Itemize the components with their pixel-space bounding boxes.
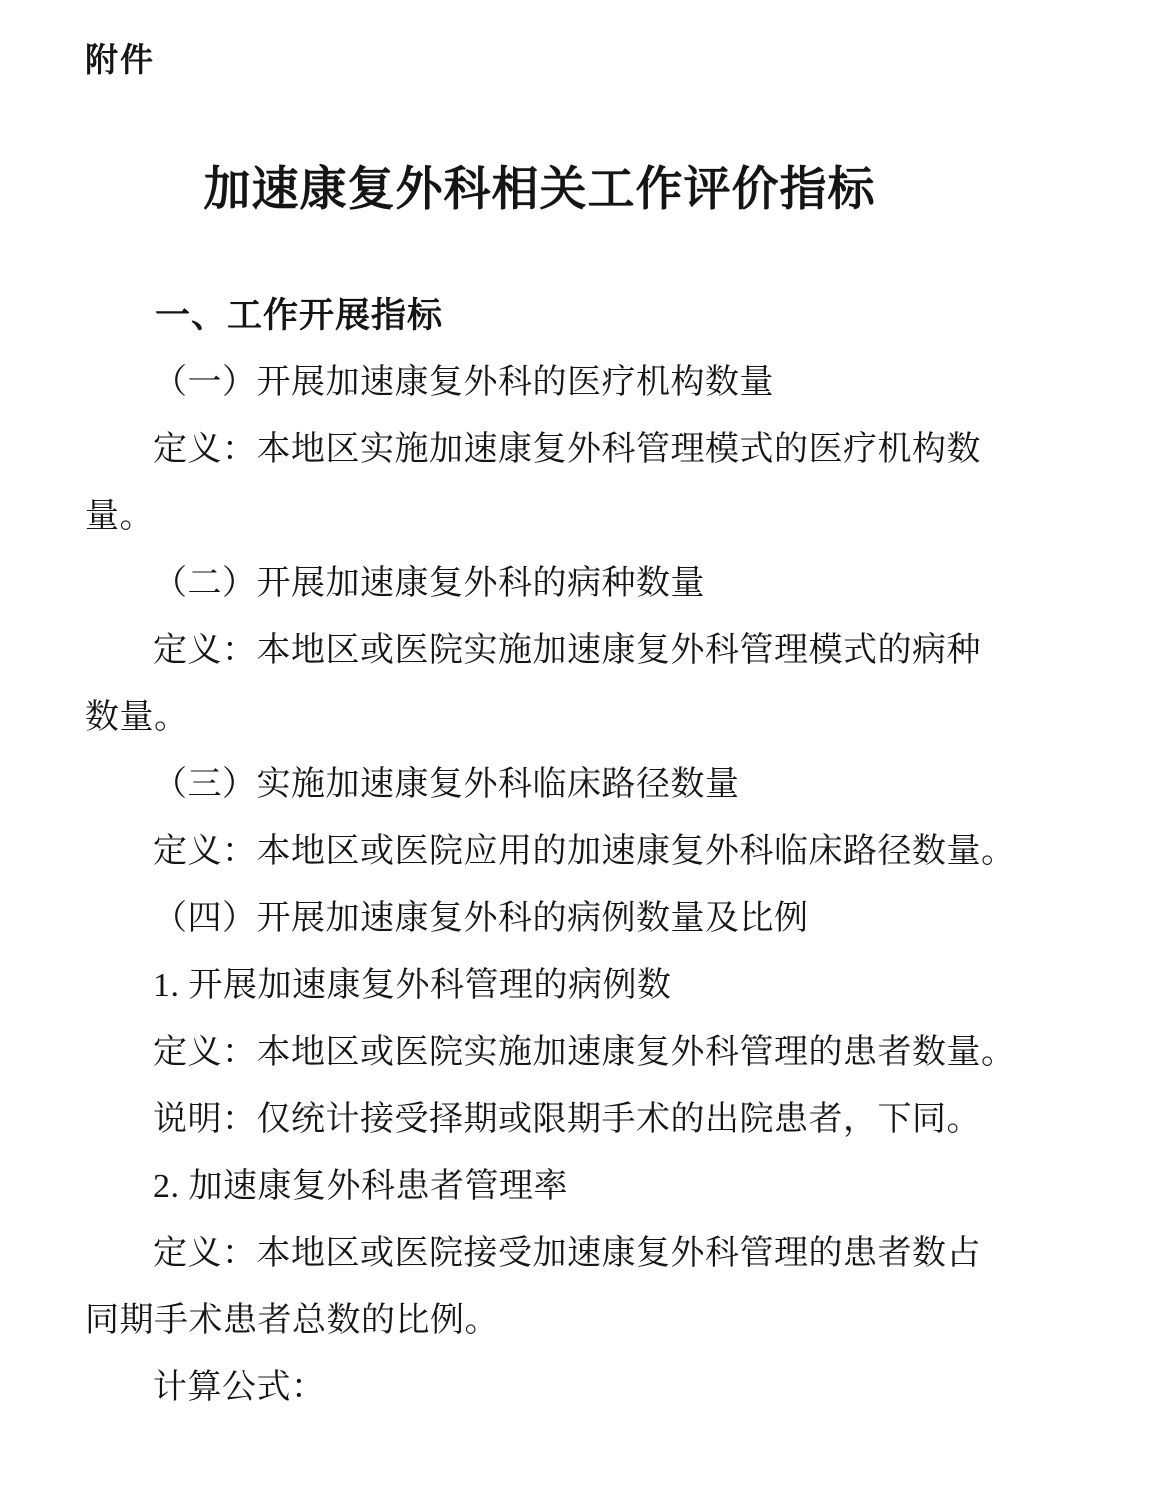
paragraph: 定义：本地区或医院实施加速康复外科管理的患者数量。: [85, 1019, 994, 1086]
text-line: 2. 加速康复外科患者管理率: [85, 1153, 994, 1220]
section-heading3: 1. 开展加速康复外科管理的病例数: [85, 952, 994, 1019]
text-line: （四）开展加速康复外科的病例数量及比例: [85, 885, 994, 952]
section-heading2: （一）开展加速康复外科的医疗机构数量: [85, 349, 994, 416]
text-line: 量。: [85, 483, 994, 550]
paragraph: 定义：本地区或医院接受加速康复外科管理的患者数占同期手术患者总数的比例。: [85, 1220, 994, 1354]
text-line: 数量。: [85, 684, 994, 751]
text-line: 定义：本地区或医院接受加速康复外科管理的患者数占: [85, 1220, 994, 1287]
document-page: 附件 加速康复外科相关工作评价指标 一、工作开展指标（一）开展加速康复外科的医疗…: [0, 0, 1154, 1487]
paragraph: 定义：本地区或医院应用的加速康复外科临床路径数量。: [85, 818, 994, 885]
text-line: 定义：本地区实施加速康复外科管理模式的医疗机构数: [85, 416, 994, 483]
paragraph: 计算公式：: [85, 1354, 994, 1421]
document-title: 加速康复外科相关工作评价指标: [85, 158, 994, 222]
text-line: 定义：本地区或医院实施加速康复外科管理的患者数量。: [85, 1019, 994, 1086]
paragraph: 定义：本地区或医院实施加速康复外科管理模式的病种数量。: [85, 617, 994, 751]
text-line: 同期手术患者总数的比例。: [85, 1287, 994, 1354]
section-heading2: （二）开展加速康复外科的病种数量: [85, 550, 994, 617]
section-heading2: （三）实施加速康复外科临床路径数量: [85, 751, 994, 818]
document-body: 一、工作开展指标（一）开展加速康复外科的医疗机构数量定义：本地区实施加速康复外科…: [85, 282, 994, 1421]
section-heading3: 2. 加速康复外科患者管理率: [85, 1153, 994, 1220]
section-heading1: 一、工作开展指标: [85, 282, 994, 349]
text-line: （三）实施加速康复外科临床路径数量: [85, 751, 994, 818]
paragraph: 定义：本地区实施加速康复外科管理模式的医疗机构数量。: [85, 416, 994, 550]
text-line: 说明：仅统计接受择期或限期手术的出院患者，下同。: [85, 1086, 994, 1153]
section-heading2: （四）开展加速康复外科的病例数量及比例: [85, 885, 994, 952]
text-line: 定义：本地区或医院实施加速康复外科管理模式的病种: [85, 617, 994, 684]
text-line: 1. 开展加速康复外科管理的病例数: [85, 952, 994, 1019]
text-line: （二）开展加速康复外科的病种数量: [85, 550, 994, 617]
text-line: 定义：本地区或医院应用的加速康复外科临床路径数量。: [85, 818, 994, 885]
text-line: 计算公式：: [85, 1354, 994, 1421]
text-line: 一、工作开展指标: [85, 282, 994, 349]
attachment-label: 附件: [85, 36, 994, 84]
paragraph: 说明：仅统计接受择期或限期手术的出院患者，下同。: [85, 1086, 994, 1153]
text-line: （一）开展加速康复外科的医疗机构数量: [85, 349, 994, 416]
